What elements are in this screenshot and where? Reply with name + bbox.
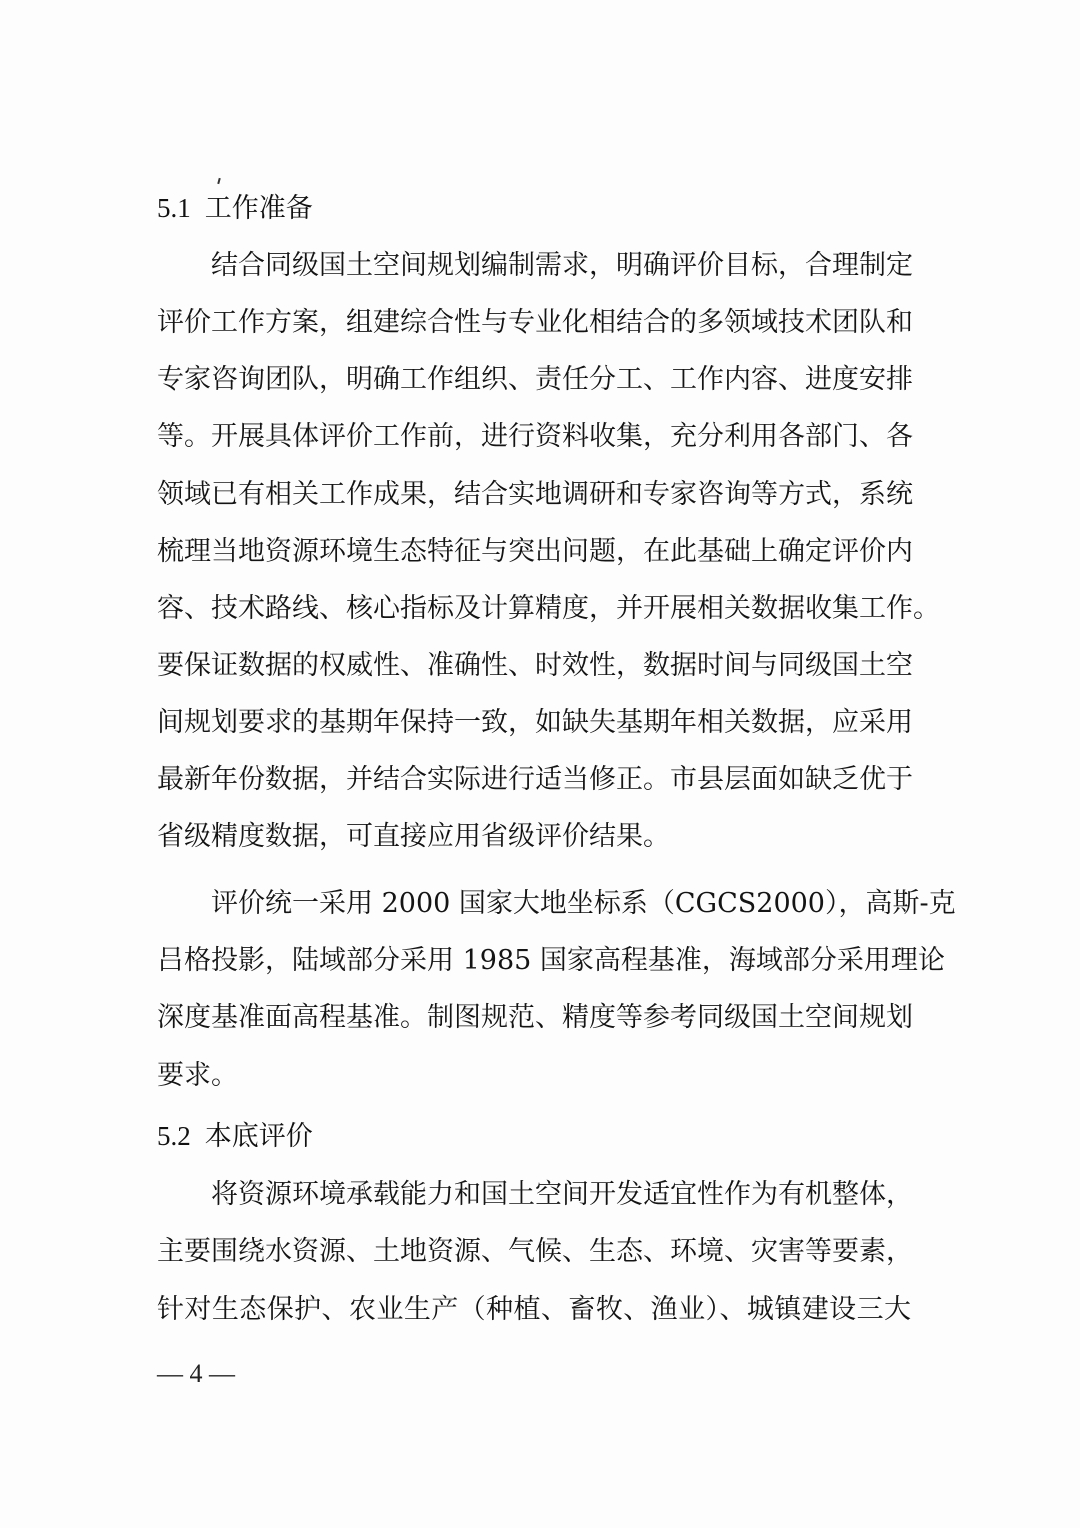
text-line: 梳理当地资源环境生态特征与突出问题，在此基础上确定评价内 — [157, 534, 911, 570]
section-heading-5-2: 5.2本底评价 — [157, 1118, 313, 1155]
text-line: 主要围绕水资源、土地资源、气候、生态、环境、灾害等要素， — [157, 1234, 911, 1270]
text-line: 领域已有相关工作成果，结合实地调研和专家咨询等方式，系统 — [157, 477, 911, 513]
section-title: 工作准备 — [205, 193, 313, 224]
page-number: — 4 — — [157, 1356, 235, 1392]
text-line: 针对生态保护、农业生产（种植、畜牧、渔业）、城镇建设三大 — [157, 1292, 911, 1328]
text-line: 最新年份数据，并结合实际进行适当修正。市县层面如缺乏优于 — [157, 762, 911, 798]
text-line: 间规划要求的基期年保持一致，如缺失基期年相关数据，应采用 — [157, 705, 911, 741]
text-line: 专家咨询团队，明确工作组织、责任分工、工作内容、进度安排 — [157, 362, 911, 398]
text-line: 等。开展具体评价工作前，进行资料收集，充分利用各部门、各 — [157, 419, 911, 455]
section-number: 5.1 — [157, 193, 191, 223]
text-line: 要保证数据的权威性、准确性、时效性，数据时间与同级国土空 — [157, 648, 911, 684]
text-line: 将资源环境承载能力和国土空间开发适宜性作为有机整体， — [211, 1177, 911, 1213]
document-page: 5.1工作准备 结合同级国土空间规划编制需求，明确评价目标，合理制定 评价工作方… — [0, 0, 1080, 1528]
text-line: 评价工作方案，组建综合性与专业化相结合的多领域技术团队和 — [157, 305, 911, 341]
text-line: 结合同级国土空间规划编制需求，明确评价目标，合理制定 — [211, 248, 911, 284]
text-line: 容、技术路线、核心指标及计算精度，并开展相关数据收集工作。 — [157, 591, 911, 627]
section-heading-5-1: 5.1工作准备 — [157, 190, 313, 227]
scan-artifact-mark — [217, 178, 220, 184]
text-line: 评价统一采用 2000 国家大地坐标系（CGCS2000），高斯-克 — [211, 886, 911, 922]
text-line: 吕格投影，陆域部分采用 1985 国家高程基准，海域部分采用理论 — [157, 943, 911, 979]
text-line: 要求。 — [157, 1058, 911, 1094]
section-number: 5.2 — [157, 1121, 191, 1151]
text-line: 深度基准面高程基准。制图规范、精度等参考同级国土空间规划 — [157, 1000, 911, 1036]
section-title: 本底评价 — [205, 1121, 313, 1152]
text-line: 省级精度数据，可直接应用省级评价结果。 — [157, 819, 911, 855]
